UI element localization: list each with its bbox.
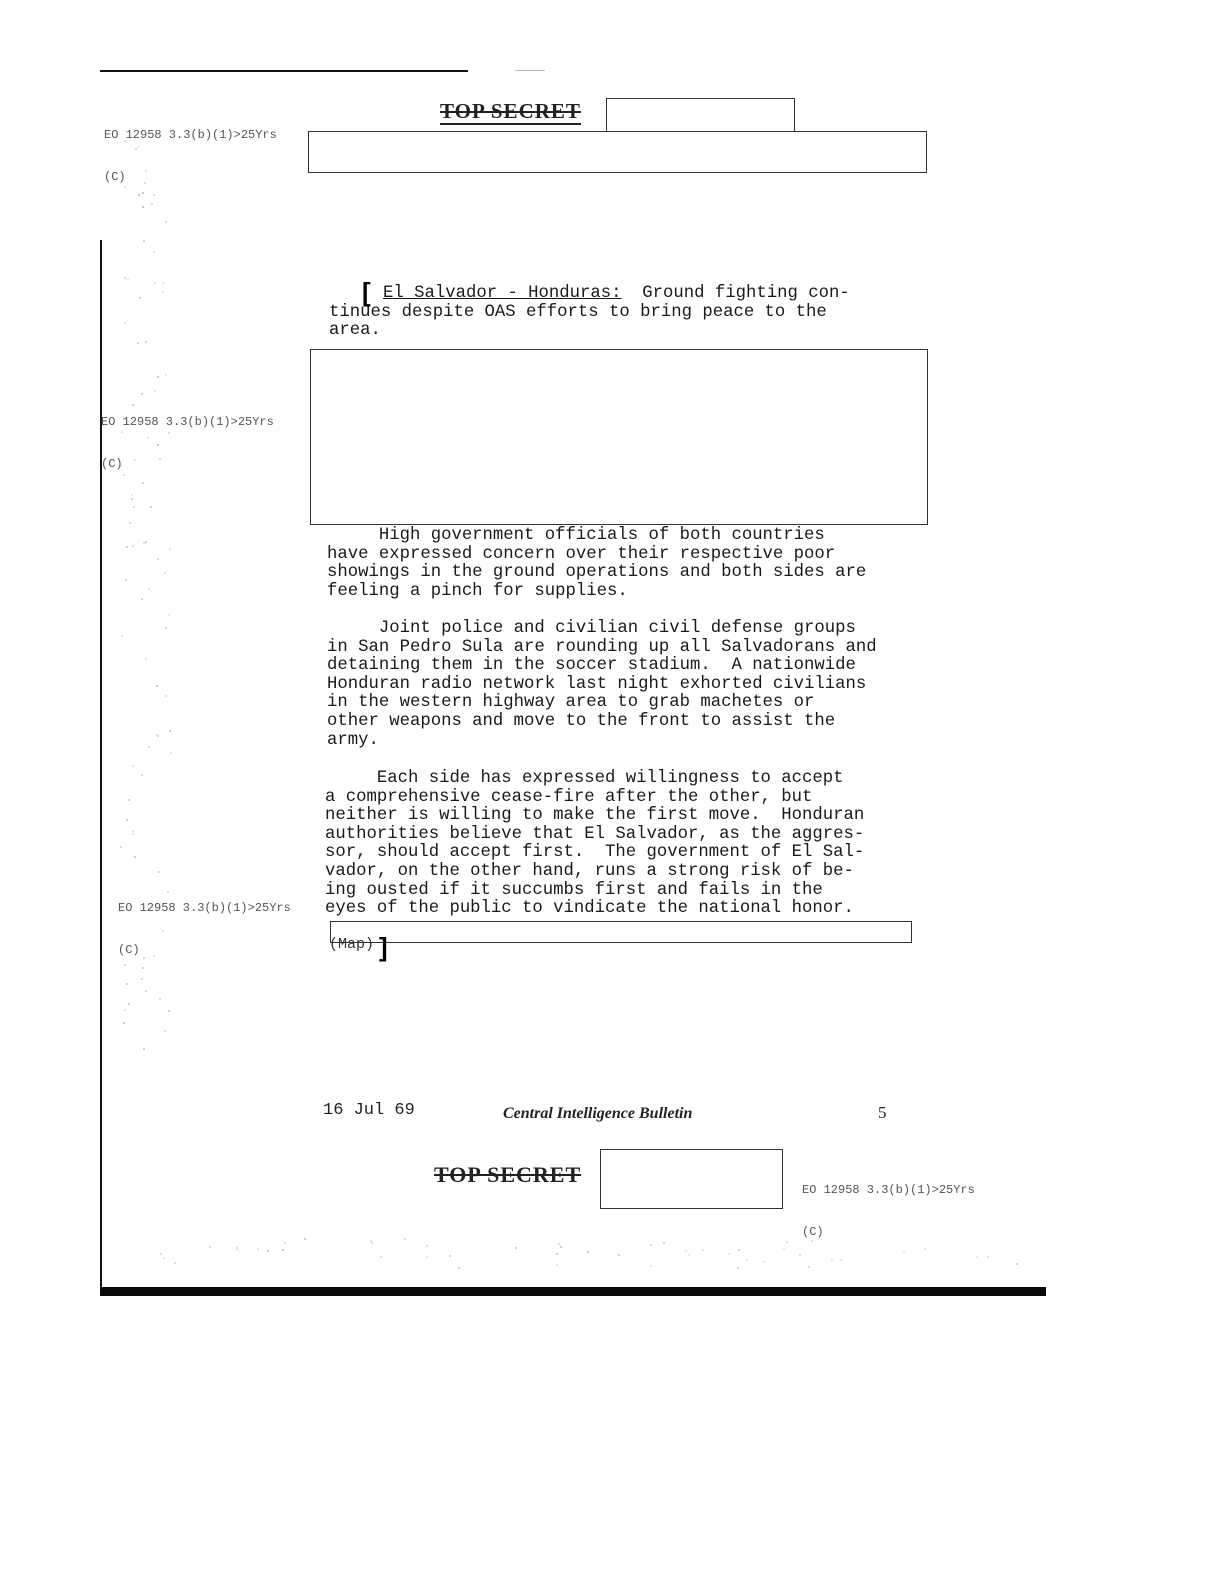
text-line: feeling a pinch for supplies. <box>327 583 866 602</box>
text-line: sor, should accept first. The government… <box>325 844 864 863</box>
paragraph-1: High government officials of both countr… <box>327 527 866 601</box>
exemption-stamp-bottom-right: EO 12958 3.3(b)(1)>25Yrs (C) <box>802 1155 975 1253</box>
paragraph-3: Each side has expressed willingness to a… <box>325 770 864 919</box>
redaction-box <box>308 131 927 173</box>
text-line: Honduran radio network last night exhort… <box>327 676 877 695</box>
lead-line-1-rest: Ground fighting con- <box>622 284 850 303</box>
classification-header: TOP SECRET <box>440 100 581 125</box>
paragraph-2: Joint police and civilian civil defense … <box>327 620 877 750</box>
exemption-class: (C) <box>104 170 277 184</box>
exemption-class: (C) <box>118 943 291 957</box>
article-heading: El Salvador - Honduras: <box>383 284 622 303</box>
text-line: in the western highway area to grab mach… <box>327 694 877 713</box>
article-lead: El Salvador - Honduras: Ground fighting … <box>329 285 850 341</box>
text-line: ing ousted if it succumbs first and fail… <box>325 882 864 901</box>
redaction-box <box>600 1149 783 1209</box>
redaction-box <box>310 349 928 525</box>
text-line: a comprehensive cease-fire after the oth… <box>325 789 864 808</box>
text-line: authorities believe that El Salvador, as… <box>325 826 864 845</box>
exemption-stamp-mid-left: EO 12958 3.3(b)(1)>25Yrs (C) <box>101 387 274 485</box>
text-line: neither is willing to make the first mov… <box>325 807 864 826</box>
text-line: Each side has expressed willingness to a… <box>325 770 864 789</box>
right-bracket-mark: ] <box>379 937 388 957</box>
exemption-class: (C) <box>802 1225 975 1239</box>
text-line: in San Pedro Sula are rounding up all Sa… <box>327 639 877 658</box>
exemption-code: EO 12958 3.3(b)(1)>25Yrs <box>118 901 291 915</box>
text-line: detaining them in the soccer stadium. A … <box>327 657 877 676</box>
publication-title: Central Intelligence Bulletin <box>503 1105 692 1123</box>
redaction-box <box>330 921 912 943</box>
lead-line-3: area. <box>329 321 381 340</box>
redaction-box <box>606 98 795 133</box>
classification-footer: TOP SECRET <box>434 1162 581 1188</box>
text-line: have expressed concern over their respec… <box>327 546 866 565</box>
exemption-code: EO 12958 3.3(b)(1)>25Yrs <box>802 1183 975 1197</box>
exemption-code: EO 12958 3.3(b)(1)>25Yrs <box>101 415 274 429</box>
lead-line-2: tinues despite OAS efforts to bring peac… <box>329 303 827 322</box>
text-line: High government officials of both countr… <box>327 527 866 546</box>
exemption-stamp-lower-left: EO 12958 3.3(b)(1)>25Yrs (C) <box>118 873 291 971</box>
footer-date: 16 Jul 69 <box>323 1101 415 1120</box>
text-line: army. <box>327 732 877 751</box>
top-rule <box>100 70 468 72</box>
text-line: vador, on the other hand, runs a strong … <box>325 863 864 882</box>
text-line: other weapons and move to the front to a… <box>327 713 877 732</box>
text-line: eyes of the public to vindicate the nati… <box>325 900 864 919</box>
text-line: Joint police and civilian civil defense … <box>327 620 877 639</box>
exemption-stamp-top-left: EO 12958 3.3(b)(1)>25Yrs (C) <box>104 100 277 198</box>
map-label: (Map) <box>329 936 374 953</box>
top-rule-fragment <box>515 70 545 71</box>
exemption-code: EO 12958 3.3(b)(1)>25Yrs <box>104 128 277 142</box>
page-bottom-border <box>100 1287 1046 1296</box>
exemption-class: (C) <box>101 457 274 471</box>
page-number: 5 <box>878 1103 887 1123</box>
text-line: showings in the ground operations and bo… <box>327 564 866 583</box>
